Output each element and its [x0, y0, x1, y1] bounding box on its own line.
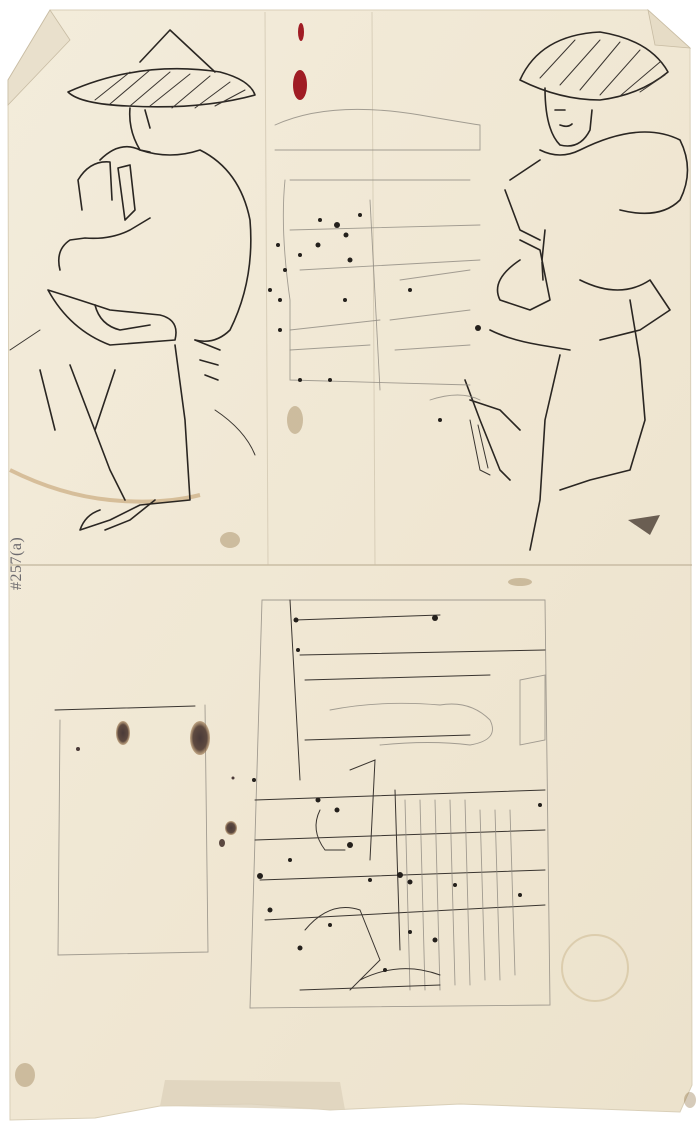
- catalog-number: #257(a): [8, 537, 26, 590]
- paper-sheet: #257(a): [0, 0, 700, 1137]
- tape-bottom: [160, 1080, 345, 1110]
- folded-corner-top-right: [648, 10, 690, 48]
